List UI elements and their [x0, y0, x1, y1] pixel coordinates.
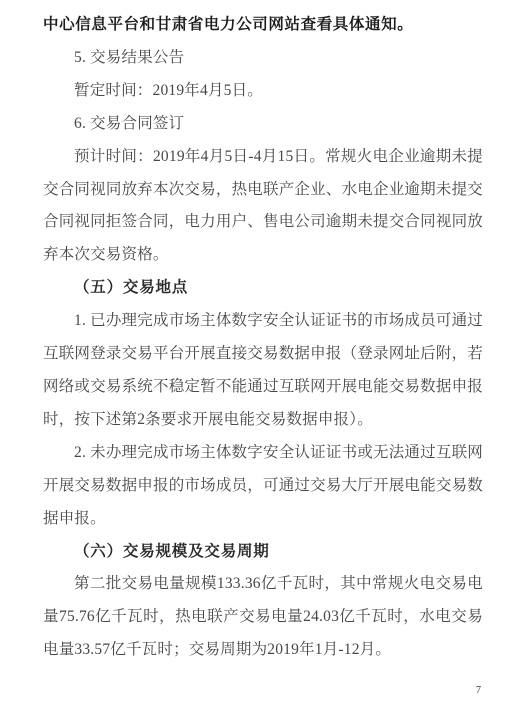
page-number: 7 [476, 685, 481, 696]
paragraph: 预计时间：2019年4月5日-4月15日。常规火电企业逾期未提交合同视同放弃本次… [43, 141, 483, 273]
paragraph: 中心信息平台和甘肃省电力公司网站查看具体通知。 [43, 9, 483, 42]
section-heading: （六）交易规模及交易周期 [43, 536, 483, 569]
paragraph: 5. 交易结果公告 [43, 42, 483, 75]
document-content: 中心信息平台和甘肃省电力公司网站查看具体通知。5. 交易结果公告暂定时间：201… [43, 9, 483, 667]
document-page: 中心信息平台和甘肃省电力公司网站查看具体通知。5. 交易结果公告暂定时间：201… [0, 0, 522, 713]
paragraph: 暂定时间：2019年4月5日。 [43, 75, 483, 108]
paragraph: 6. 交易合同签订 [43, 108, 483, 141]
paragraph: 2. 未办理完成市场主体数字安全认证证书或无法通过互联网开展交易数据申报的市场成… [43, 437, 483, 536]
paragraph: 1. 已办理完成市场主体数字安全认证证书的市场成员可通过互联网登录交易平台开展直… [43, 305, 483, 437]
section-heading: （五）交易地点 [43, 272, 483, 305]
paragraph: 第二批交易电量规模133.36亿千瓦时，其中常规火电交易电量75.76亿千瓦时，… [43, 568, 483, 667]
